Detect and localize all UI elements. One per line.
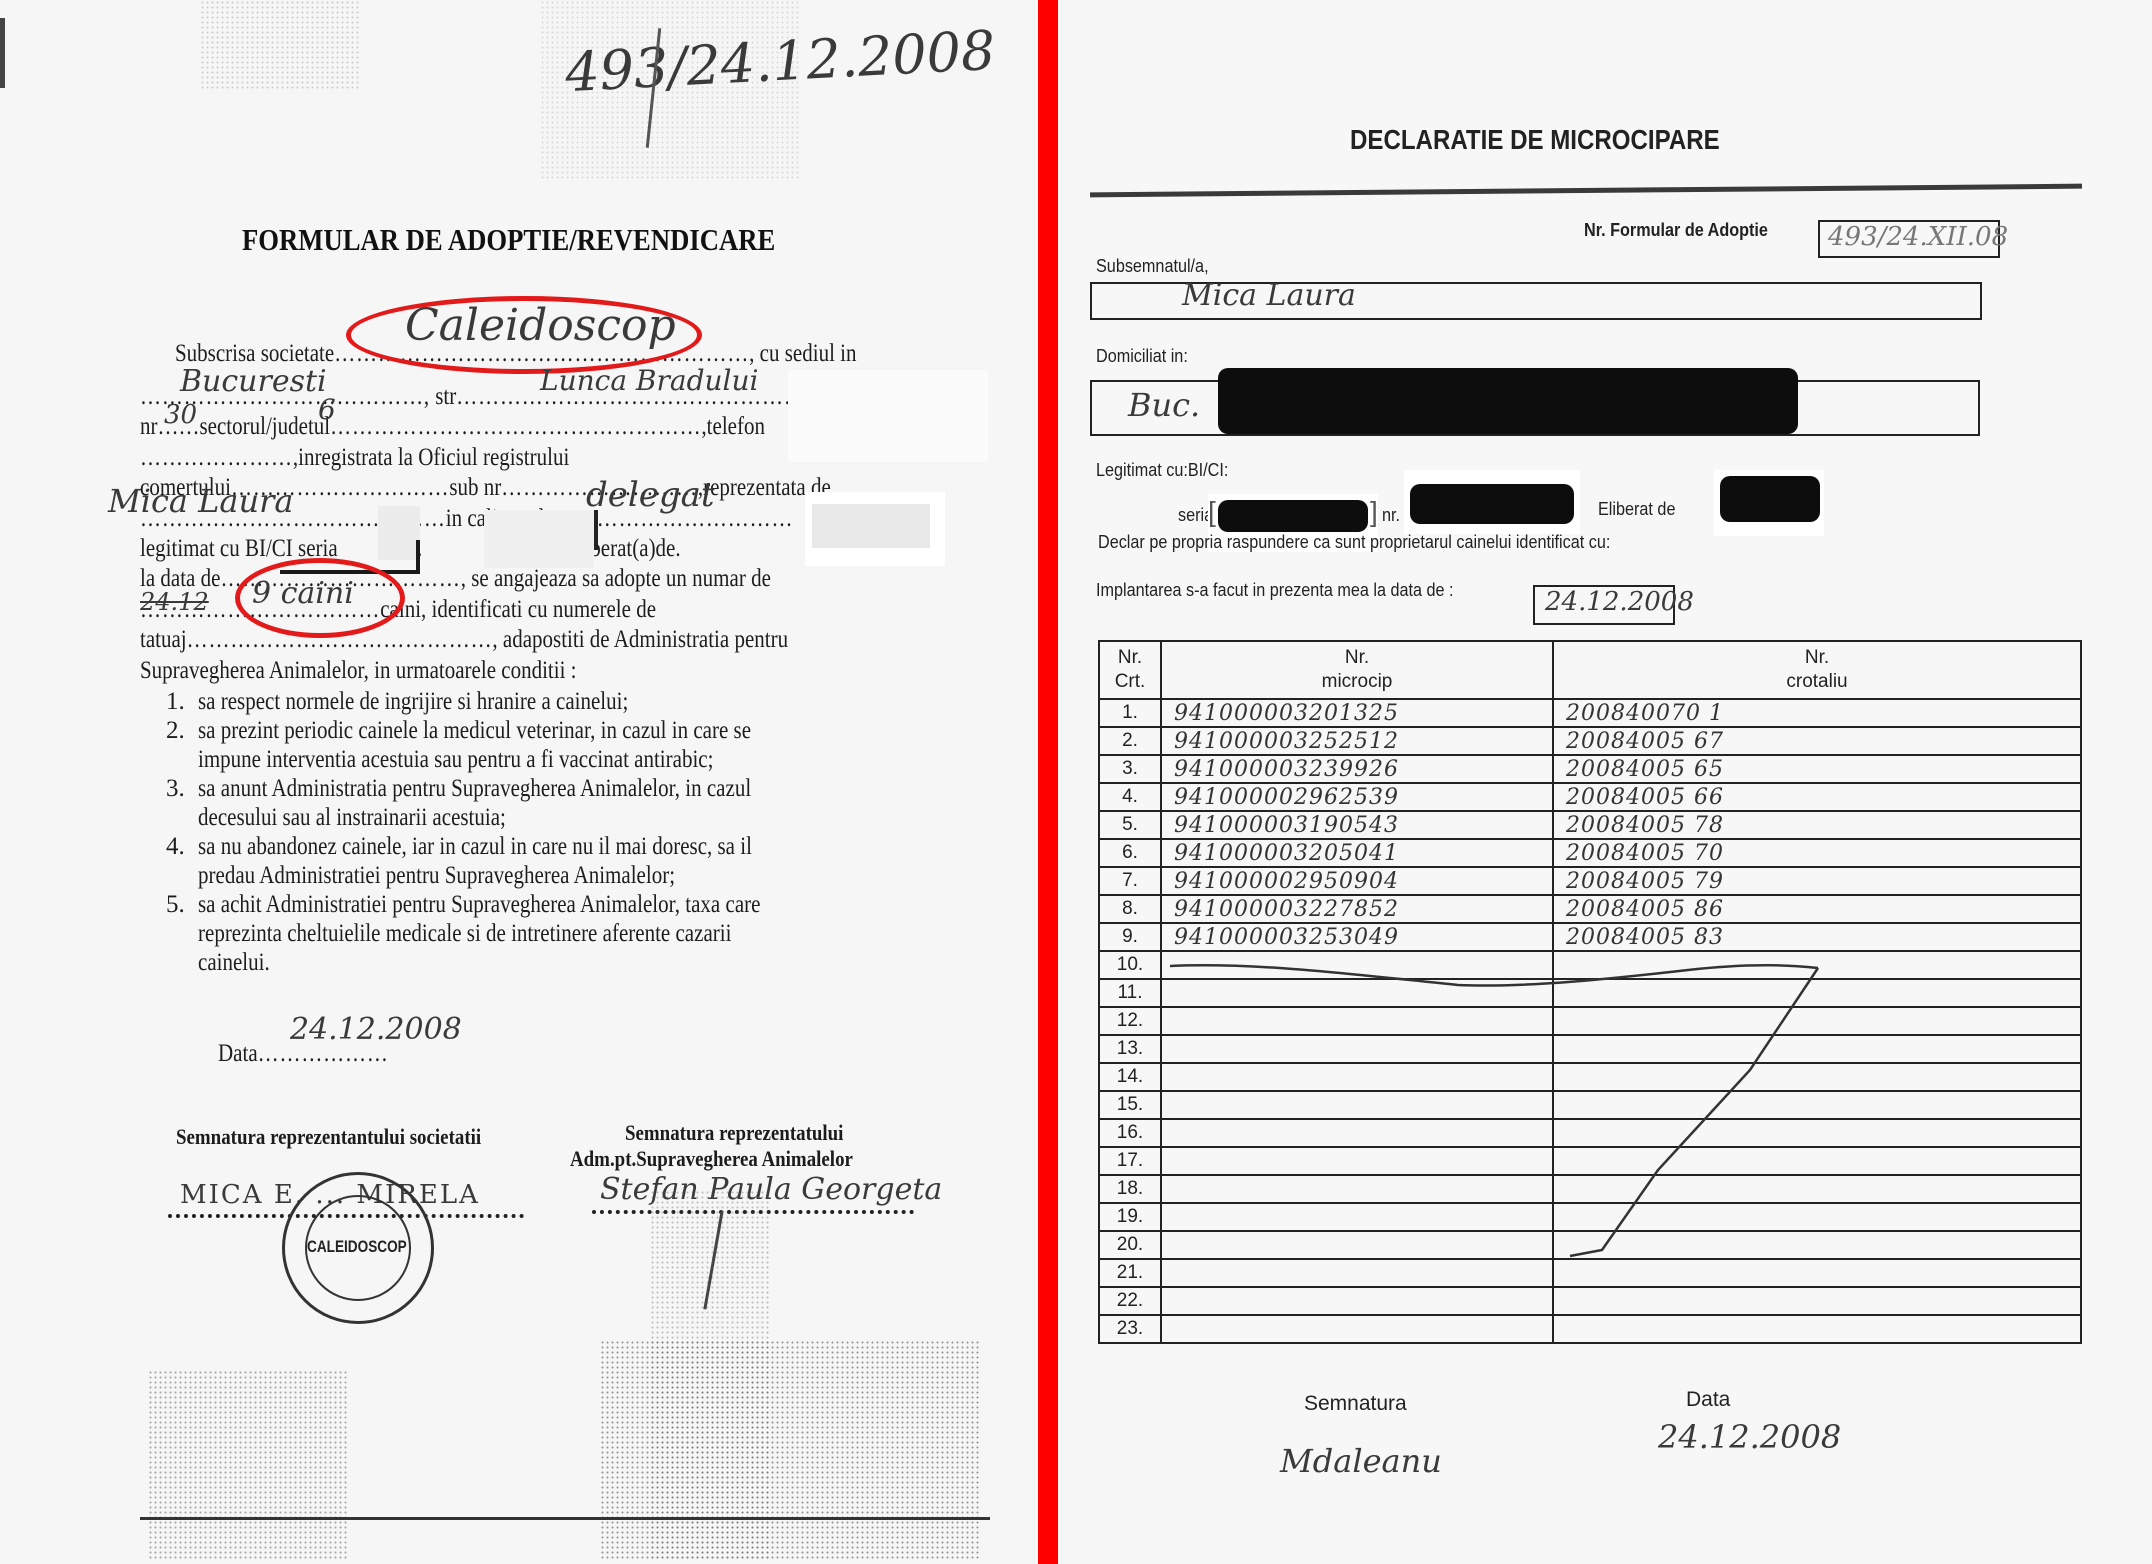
form-line-data: la data de……………………………, se angajeaza sa a… (140, 565, 771, 593)
scan-noise (200, 0, 360, 90)
condition-text: reprezinta cheltuielile medicale si de i… (198, 920, 731, 948)
redacted-id-series (378, 506, 420, 562)
red-divider (1038, 0, 1058, 1564)
adoption-form-page: 493/24.12.2008 FORMULAR DE ADOPTIE/REVEN… (0, 0, 1038, 1564)
struck-handwriting: 24.12 (140, 588, 209, 616)
condition-text: sa achit Administratiei pentru Supravegh… (198, 891, 760, 919)
condition-number: 4. (166, 833, 185, 861)
adm-signature-label-1: Semnatura reprezentatului (625, 1120, 843, 1146)
redacted-issuer (812, 504, 930, 548)
data-label: Data (1686, 1388, 1730, 1412)
highlight-ellipse-company (346, 296, 702, 374)
label: Data (218, 1040, 258, 1067)
condition-text: impune interventia acestuia sau pentru a… (198, 746, 713, 774)
company-signature-label: Semnatura reprezentantului societatii (176, 1124, 481, 1150)
condition-text: sa respect normele de ingrijire si hrani… (198, 688, 628, 716)
label: str (435, 383, 456, 410)
condition-text: sa prezint periodic cainele la medicul v… (198, 717, 751, 745)
scan-bottom-line (140, 1517, 990, 1520)
microchip-declaration-page: DECLARATIE DE MICROCIPARE Nr. Formular d… (1058, 0, 2152, 1564)
label: sectorul/judetul (199, 413, 330, 440)
city-handwritten: Bucuresti (180, 364, 327, 399)
street-handwritten: Lunca Bradului (540, 364, 759, 397)
stamp-center-text: CALEIDOSCOP (307, 1237, 407, 1257)
condition-text: sa nu abandonez cainele, iar in cazul in… (198, 833, 752, 861)
nr-handwritten: 30 (164, 400, 197, 430)
handwritten-strike-lines (1058, 0, 2152, 1564)
scan-noise (600, 1340, 980, 1560)
label: caini, identificati cu numerele de (380, 596, 656, 623)
label: , se angajeaza sa adopte un numar de (461, 565, 771, 592)
label: nr (140, 413, 157, 440)
condition-text: sa anunt Administratia pentru Supraveghe… (198, 775, 751, 803)
label: ,telefon (701, 413, 765, 440)
condition-number: 1. (166, 688, 185, 716)
form-line-tatuaj: tatuaj……………………………………, adapostiti de Admi… (140, 626, 788, 654)
label: Subscrisa societate (175, 340, 334, 367)
redaction-edge (416, 540, 420, 574)
data-value: 24.12.2008 (1658, 1418, 1841, 1456)
condition-number: 5. (166, 891, 185, 919)
association-stamp: CALEIDOSCOP (282, 1172, 434, 1324)
redaction-edge (594, 510, 598, 550)
condition-text: cainelui. (198, 949, 270, 977)
adm-signature-label-2: Adm.pt.Supravegherea Animalelor (570, 1146, 853, 1172)
condition-text: predau Administratiei pentru Supravegher… (198, 862, 675, 890)
condition-number: 2. (166, 717, 185, 745)
sector-handwritten: 6 (318, 393, 336, 426)
label: , adapostiti de Administratia pentru (492, 626, 788, 653)
semnatura-value: Mdaleanu (1280, 1442, 1442, 1480)
form-title: FORMULAR DE ADOPTIE/REVENDICARE (242, 222, 775, 258)
label: sub nr (449, 474, 501, 501)
form-line-registru: …………………,inregistrata la Oficiul registru… (140, 444, 569, 472)
role-handwritten: delegat (586, 475, 715, 515)
scan-edge-mark (0, 18, 5, 88)
scan-noise (148, 1370, 348, 1560)
semnatura-label: Semnatura (1304, 1392, 1407, 1416)
redacted-phone (788, 370, 988, 462)
label: , cu sediul in (749, 340, 856, 367)
condition-text: decesului sau al instrainarii acestuia; (198, 804, 506, 832)
form-line-nr: nr……sectorul/judetul……………………………………………,te… (140, 413, 765, 441)
redacted-id-number (484, 510, 594, 568)
form-line-conditii: Supravegherea Animalelor, in urmatoarele… (140, 657, 577, 685)
label: tatuaj (140, 626, 187, 653)
condition-number: 3. (166, 775, 185, 803)
date-handwritten: 24.12.2008 (290, 1012, 462, 1047)
label: ,inregistrata la Oficiul registrului (293, 444, 569, 471)
representative-handwritten: Mica Laura (108, 482, 293, 520)
